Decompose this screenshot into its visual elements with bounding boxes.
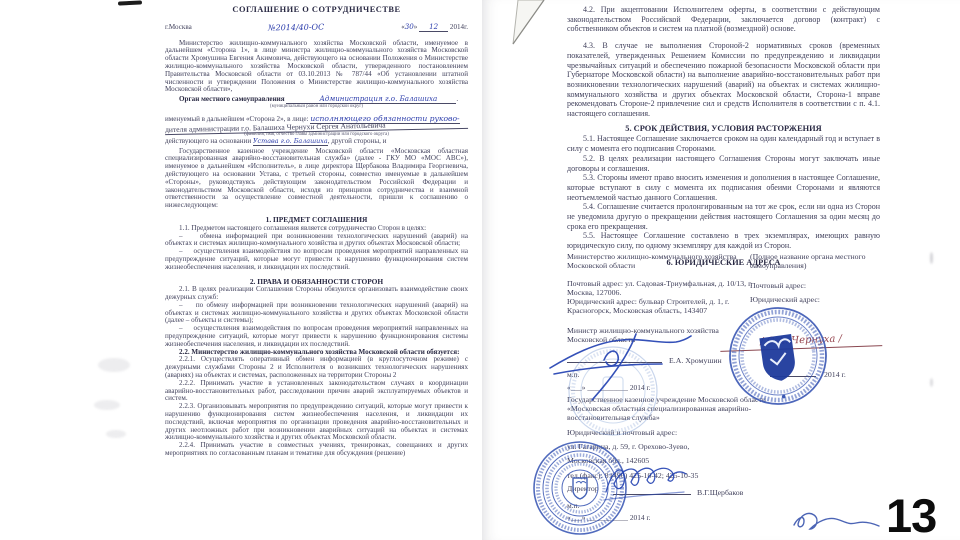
agreement-number-handwritten: №2014/40-ОС bbox=[268, 23, 324, 32]
page-corner-fold-icon bbox=[508, 0, 554, 48]
clause-4-2: 4.2. При акцептовании Исполнителем оферт… bbox=[567, 5, 880, 34]
clause-2-1: 2.1. В целях реализации Соглашения Сторо… bbox=[165, 286, 468, 302]
round-stamp-balashikha-icon bbox=[722, 300, 834, 412]
basis-line: действующего на основании Устава г.о. Ба… bbox=[165, 137, 386, 146]
section5-heading: 5. СРОК ДЕЙСТВИЯ, УСЛОВИЯ РАСТОРЖЕНИЯ bbox=[567, 124, 880, 134]
clause-2-2-3: 2.2.3. Организовывать мероприятия по пре… bbox=[165, 403, 468, 442]
clause-5-2: 5.2. В целях реализации настоящего Согла… bbox=[567, 154, 880, 173]
clause-1-1-bullet-2: – осуществления взаимодействия по вопрос… bbox=[165, 248, 468, 271]
right-page-text-column: 4.2. При акцептовании Исполнителем оферт… bbox=[567, 5, 880, 269]
left-page-text-column: СОГЛАШЕНИЕ О СОТРУДНИЧЕСТВЕ г.Москва №20… bbox=[165, 6, 468, 458]
local-government-line: Орган местного самоуправления Администра… bbox=[165, 95, 468, 104]
minister-signature-ink bbox=[544, 330, 694, 402]
clause-5-4: 5.4. Соглашение считается пролонгированн… bbox=[567, 202, 880, 231]
date-month-handwritten: 12 bbox=[419, 22, 448, 32]
scan-smudge bbox=[94, 400, 120, 410]
director-name: В.Г.Щербаков bbox=[697, 488, 743, 497]
scan-smudge bbox=[98, 358, 130, 372]
basis-label: действующего на основании bbox=[165, 137, 251, 145]
party2-org-caption: (Полное название органа местного самоупр… bbox=[750, 252, 882, 271]
ministry-name: Министерство жилищно-коммунального хозяй… bbox=[567, 252, 757, 271]
executor-paragraph: Государственное казенное учреждение Моск… bbox=[165, 148, 468, 210]
clause-4-3: 4.3. В случае не выполнения Стороной-2 н… bbox=[567, 41, 880, 119]
clause-5-1: 5.1. Настоящее Соглашение заключается ср… bbox=[567, 134, 880, 153]
section1-heading: 1. ПРЕДМЕТ СОГЛАШЕНИЯ bbox=[165, 216, 468, 224]
clause-2-1-bullet-1: – по обмену информацией при возникновени… bbox=[165, 302, 468, 325]
clause-5-5: 5.5. Настоящее Соглашение составлено в т… bbox=[567, 231, 880, 250]
director-signature-ink bbox=[600, 460, 690, 504]
party2-postal-label: Почтовый адрес: bbox=[750, 281, 882, 290]
clause-2-2-4: 2.2.4. Принимать участие в совместных уч… bbox=[165, 442, 468, 458]
section2-heading: 2. ПРАВА И ОБЯЗАННОСТИ СТОРОН bbox=[165, 278, 468, 286]
document-title: СОГЛАШЕНИЕ О СОТРУДНИЧЕСТВЕ bbox=[165, 6, 468, 14]
local-government-label: Орган местного самоуправления bbox=[179, 95, 285, 103]
scan-artifact-dash bbox=[118, 0, 142, 5]
clause-5-3: 5.3. Стороны имеют право вносить изменен… bbox=[567, 173, 880, 202]
intro-paragraph: Министерство жилищно-коммунального хозяй… bbox=[165, 40, 468, 95]
scan-artifact bbox=[930, 378, 933, 387]
scan-smudge bbox=[106, 430, 126, 438]
date-line: «30» 12 2014г. bbox=[401, 23, 468, 32]
slide-page-number: 13 bbox=[886, 488, 936, 540]
scanned-page-left: СОГЛАШЕНИЕ О СОТРУДНИЧЕСТВЕ г.Москва №20… bbox=[0, 0, 482, 540]
date-year: 2014г. bbox=[450, 23, 468, 31]
document-header-row: г.Москва №2014/40-ОС «30» 12 2014г. bbox=[165, 23, 468, 32]
scanned-document-spread: СОГЛАШЕНИЕ О СОТРУДНИЧЕСТВЕ г.Москва №20… bbox=[0, 0, 960, 540]
scanned-page-right: 4.2. При акцептовании Исполнителем оферт… bbox=[482, 0, 960, 540]
clause-2-1-bullet-2: – осуществления взаимодействия по вопрос… bbox=[165, 325, 468, 348]
date-day-handwritten: 30 bbox=[405, 22, 414, 31]
ministry-postal-address: Почтовый адрес: ул. Садовая-Триумфальная… bbox=[567, 279, 757, 298]
basis-handwritten: Устава г.о. Балашиха bbox=[253, 137, 328, 146]
addresses-column-right: (Полное название органа местного самоупр… bbox=[750, 252, 882, 304]
scan-artifact bbox=[930, 252, 933, 264]
clause-2-2-1: 2.2.1. Осуществлять оперативный обмен ин… bbox=[165, 356, 468, 379]
clause-1-1-bullet-1: – обмена информацией при возникновении т… bbox=[165, 233, 468, 249]
party2-lead: именуемый в дальнейшем «Сторона 2», в ли… bbox=[165, 115, 309, 123]
party2-block: именуемый в дальнейшем «Сторона 2», в ли… bbox=[165, 115, 468, 146]
clause-2-2-2: 2.2.2. Принимать участие в установленных… bbox=[165, 380, 468, 403]
handwritten-note-ink bbox=[788, 505, 883, 537]
local-government-handwritten: Администрация г.о. Балашиха bbox=[286, 95, 456, 104]
basis-tail: , другой стороны, и bbox=[328, 137, 387, 145]
city-label: г.Москва bbox=[165, 24, 192, 32]
